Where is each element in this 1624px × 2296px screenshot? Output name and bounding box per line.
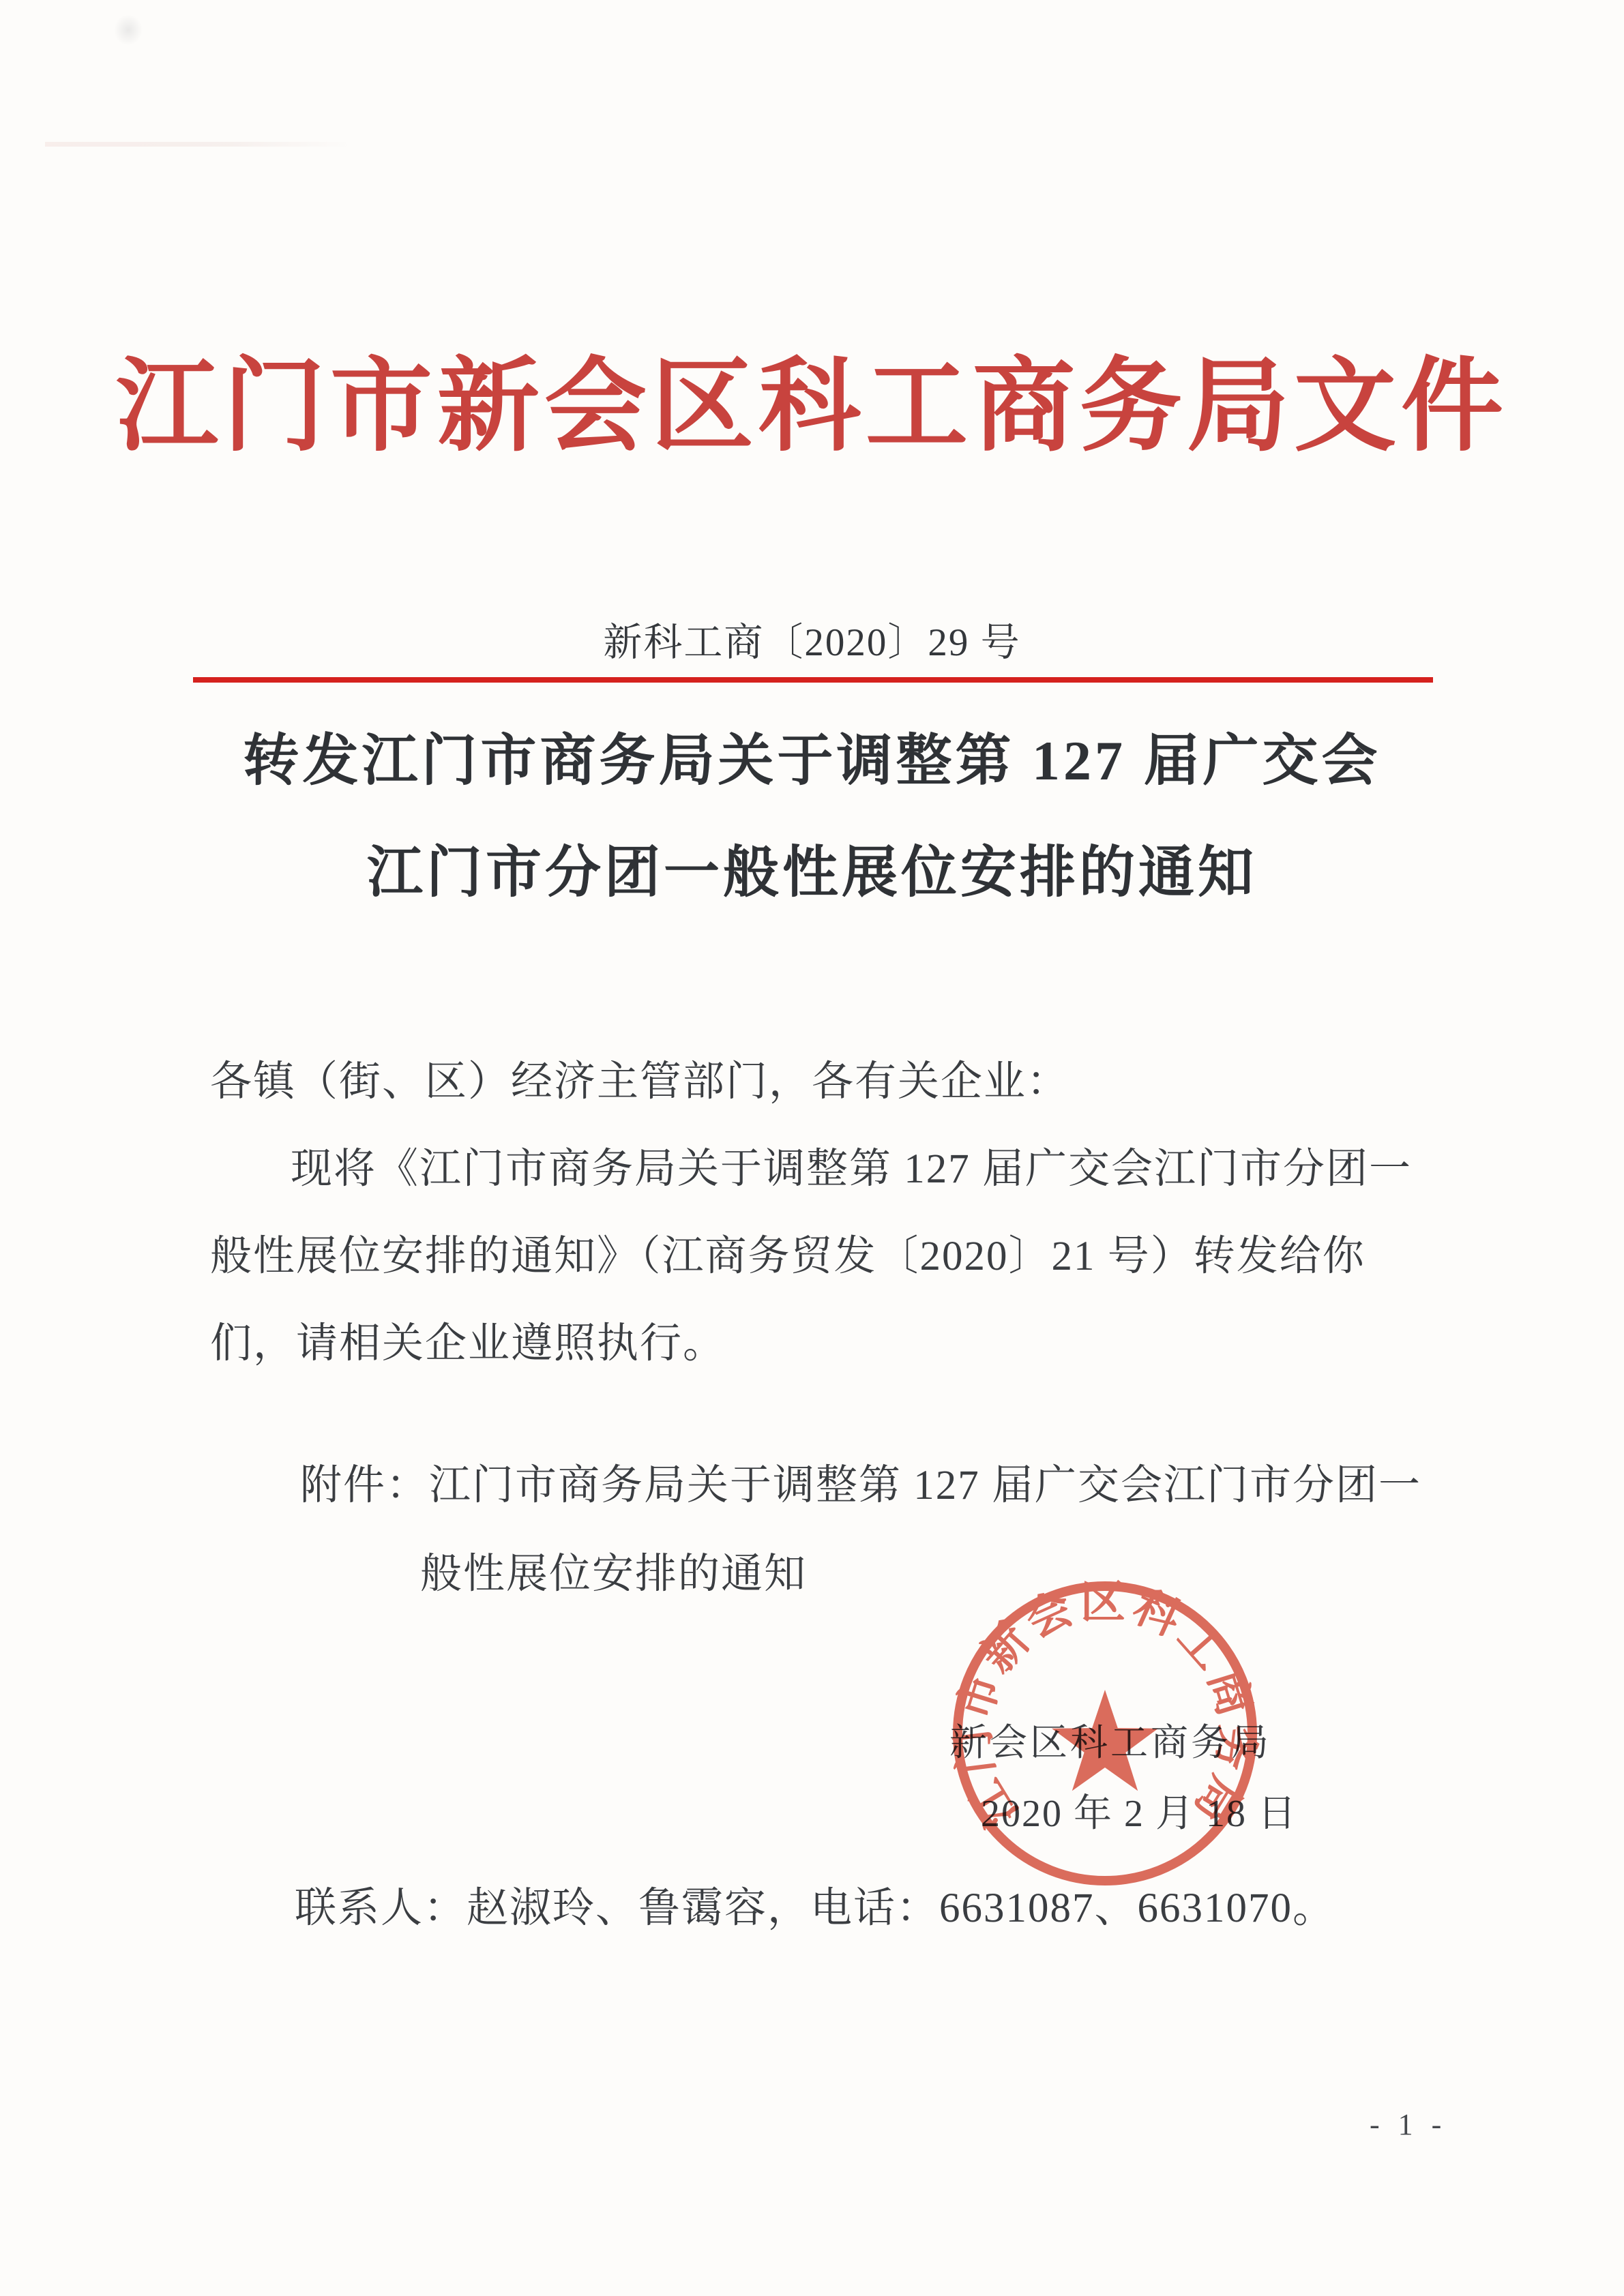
paragraph-line-2: 般性展位安排的通知》（江商务贸发〔2020〕21 号）转发给你 <box>210 1236 1365 1277</box>
scan-smudge-artifact <box>108 8 149 52</box>
org-header-title: 江门市新会区科工商务局文件 <box>0 323 1624 471</box>
document-number: 新科工商〔2020〕29 号 <box>0 611 1624 667</box>
attachment-line-1: 附件：江门市商务局关于调整第 127 届广交会江门市分团一 <box>300 1465 1421 1506</box>
document-page: 江门市新会区科工商务局文件 新科工商〔2020〕29 号 转发江门市商务局关于调… <box>0 0 1624 2296</box>
seal-star-icon <box>1052 1690 1158 1791</box>
document-title-line1: 转发江门市商务局关于调整第 127 届广交会 <box>0 716 1624 796</box>
official-seal-stamp: 江门市新会区科工商务局 <box>934 1563 1275 1904</box>
document-title-line2: 江门市分团一般性展位安排的通知 <box>0 828 1624 908</box>
attachment-line-2: 般性展位安排的通知 <box>420 1553 807 1595</box>
scan-streak-artifact <box>45 142 352 147</box>
salutation-line: 各镇（街、区）经济主管部门，各有关企业： <box>210 1061 1069 1103</box>
page-number: - 1 - <box>1370 2107 1447 2142</box>
paragraph-line-1: 现将《江门市商务局关于调整第 127 届广交会江门市分团一 <box>291 1148 1412 1190</box>
paragraph-line-3: 们，请相关企业遵照执行。 <box>210 1323 726 1365</box>
red-divider-rule <box>193 677 1433 683</box>
